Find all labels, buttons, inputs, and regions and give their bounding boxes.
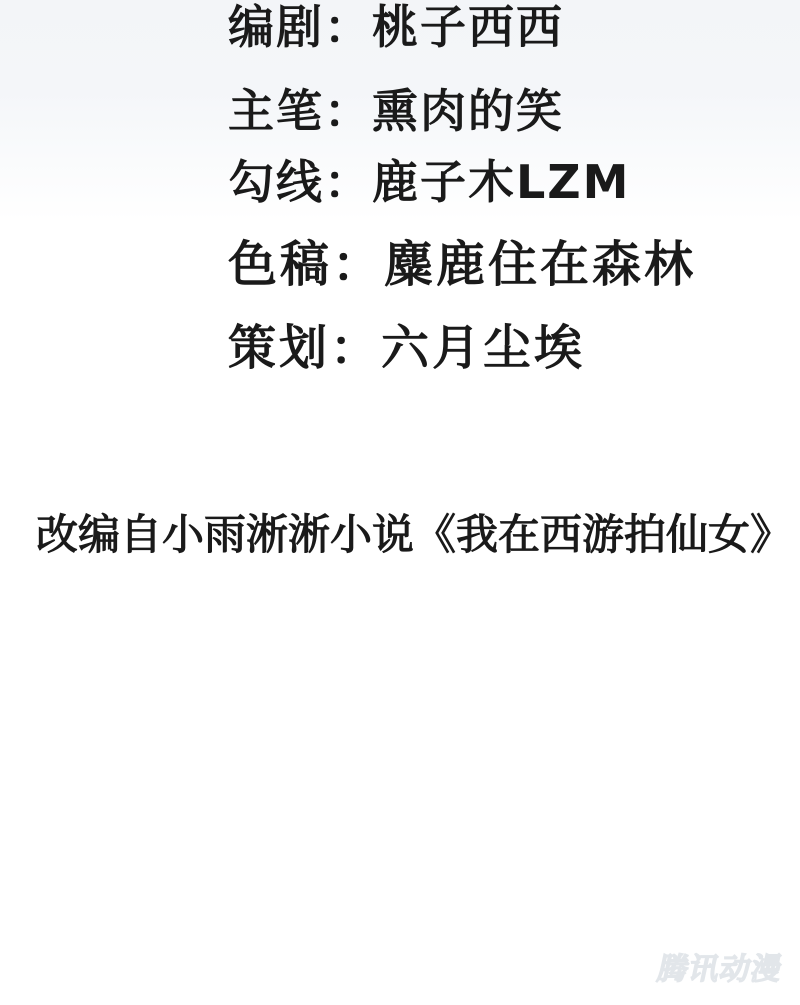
credit-line-planning: 策划：六月尘埃	[228, 324, 585, 372]
credit-line-lead-artist: 主笔：熏肉的笑	[228, 88, 564, 134]
tencent-comics-watermark: 腾讯动漫	[655, 955, 785, 985]
comic-credits-page: 编剧：桃子西西 主笔：熏肉的笑 勾线：鹿子木LZM 色稿：麋鹿住在森林 策划：六…	[0, 0, 800, 1005]
credit-line-screenwriter: 编剧：桃子西西	[228, 4, 564, 50]
credit-line-coloring: 色稿：麋鹿住在森林	[228, 240, 696, 289]
adaptation-note: 改编自小雨淅淅小说《我在西游拍仙女》	[36, 514, 792, 556]
credit-line-line-art: 勾线：鹿子木LZM	[228, 159, 630, 205]
